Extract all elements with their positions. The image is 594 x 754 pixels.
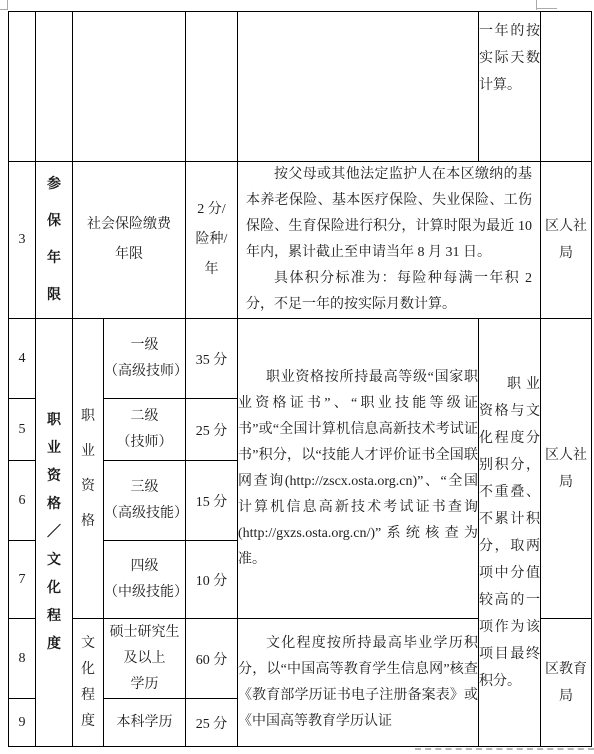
cell-item-social-insurance: 社会保险缴费 年限 bbox=[73, 162, 186, 319]
cell-description-vocational: 职业资格按所持最高等级“国家职业资格证书”、“职业技能等级证书”或“全国计算机信… bbox=[238, 319, 479, 619]
description-paragraph-2: 具体积分标准为：每险种每满一年积 2 分，不足一年的按实际月数计算。 bbox=[246, 266, 532, 318]
cell-points: 2 分/ 险种/ 年 bbox=[186, 162, 238, 319]
page-break-dashed-line bbox=[415, 748, 594, 750]
cell-description-insurance: 按父母或其他法定监护人在本区缴纳的基本养老保险、基本医疗保险、失业保险、工伤保险… bbox=[238, 162, 541, 319]
points-table: 一年的按实际天数计算。 3 参保年限 社会保险缴费 年限 2 分/ 险种/ 年 … bbox=[8, 11, 592, 747]
cell-points: 10 分 bbox=[186, 541, 238, 619]
cell-category-insurance: 参保年限 bbox=[36, 162, 73, 319]
row-continuation: 一年的按实际天数计算。 bbox=[9, 12, 592, 162]
cell-level: 三级 （高级技能） bbox=[104, 461, 186, 541]
cell-category-empty bbox=[36, 12, 73, 162]
category-label: 职业资格／文化程度 bbox=[47, 407, 62, 659]
cell-category-qualification-education: 职业资格／文化程度 bbox=[36, 319, 73, 747]
cell-points: 35 分 bbox=[186, 319, 238, 399]
cell-department-empty bbox=[541, 12, 592, 162]
cell-row-number: 6 bbox=[9, 461, 36, 541]
row-3: 3 参保年限 社会保险缴费 年限 2 分/ 险种/ 年 按父母或其他法定监护人在… bbox=[9, 162, 592, 319]
cell-points: 25 分 bbox=[186, 399, 238, 461]
cell-points: 15 分 bbox=[186, 461, 238, 541]
description-paragraph-1: 按父母或其他法定监护人在本区缴纳的基本养老保险、基本医疗保险、失业保险、工伤保险… bbox=[246, 162, 532, 266]
document-page: 一年的按实际天数计算。 3 参保年限 社会保险缴费 年限 2 分/ 险种/ 年 … bbox=[0, 0, 594, 754]
cell-level: 本科学历 bbox=[104, 699, 186, 747]
margin-mark-top-right-h bbox=[536, 8, 557, 9]
description-paragraph: 文化程度按所持最高毕业学历积分，以“中国高等教育学生信息网”核查《教育部学历证书… bbox=[238, 631, 478, 735]
cell-department: 区教育局 bbox=[541, 619, 592, 747]
margin-mark-top-left-v bbox=[7, 0, 8, 10]
subcategory-label: 职业资格 bbox=[81, 399, 96, 539]
description-paragraph: 职业资格按所持最高等级“国家职业资格证书”、“职业技能等级证书”或“全国计算机信… bbox=[238, 365, 478, 573]
cell-row-number: 8 bbox=[9, 619, 36, 699]
cell-subcategory-vocational: 职业资格 bbox=[73, 319, 104, 619]
cell-row-number: 3 bbox=[9, 162, 36, 319]
cell-level: 一级 （高级技师） bbox=[104, 319, 186, 399]
row-4: 4 职业资格／文化程度 职业资格 一级 （高级技师） 35 分 职业资格按所持最… bbox=[9, 319, 592, 399]
cell-department: 区人社局 bbox=[541, 162, 592, 319]
cell-points-empty bbox=[186, 12, 238, 162]
cell-department: 区人社局 bbox=[541, 319, 592, 619]
subcategory-label: 文化程度 bbox=[81, 631, 96, 735]
cell-note-scoring-rule: 职业资格与文化程度分别积分，不重叠、不累计积分，取两项中分值较高的一项作为该项目… bbox=[479, 319, 541, 747]
cell-level: 二级 （技师） bbox=[104, 399, 186, 461]
cell-row-number: 4 bbox=[9, 319, 36, 399]
cell-item-empty bbox=[73, 12, 186, 162]
category-label: 参保年限 bbox=[47, 166, 62, 314]
cell-row-number-empty bbox=[9, 12, 36, 162]
cell-row-number: 7 bbox=[9, 541, 36, 619]
cell-description-empty bbox=[238, 12, 479, 162]
cell-row-number: 9 bbox=[9, 699, 36, 747]
cell-points: 25 分 bbox=[186, 699, 238, 747]
cell-description-education: 文化程度按所持最高毕业学历积分，以“中国高等教育学生信息网”核查《教育部学历证书… bbox=[238, 619, 479, 747]
cell-points: 60 分 bbox=[186, 619, 238, 699]
cell-level: 四级 （中级技能） bbox=[104, 541, 186, 619]
cell-row-number: 5 bbox=[9, 399, 36, 461]
cell-level: 硕士研究生及以上 学历 bbox=[104, 619, 186, 699]
cell-note-continuation: 一年的按实际天数计算。 bbox=[479, 12, 541, 162]
cell-subcategory-education: 文化程度 bbox=[73, 619, 104, 747]
